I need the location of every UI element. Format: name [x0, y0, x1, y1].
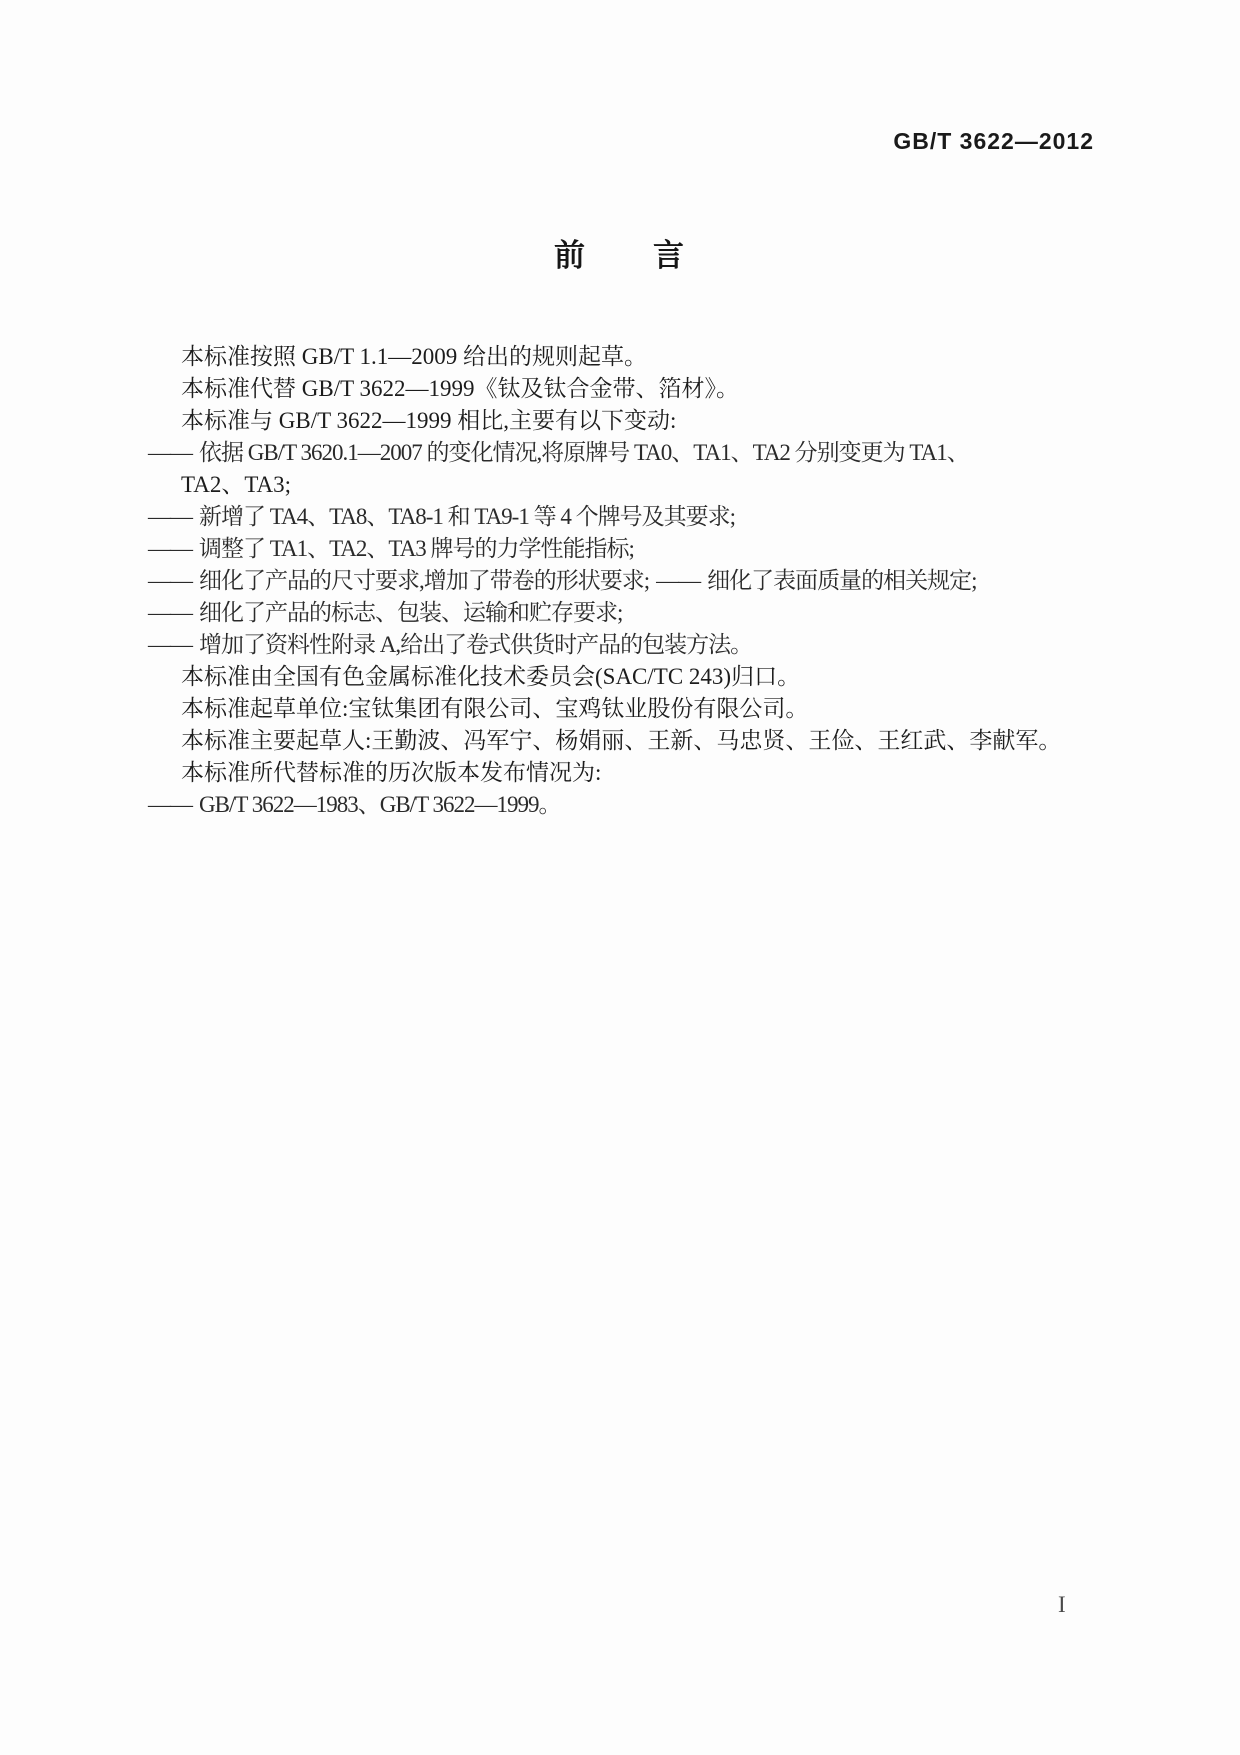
foreword-line-text: 增加了资料性附录 A,给出了卷式供货时产品的包装方法。: [199, 632, 752, 657]
foreword-line: 本标准按照 GB/T 1.1—2009 给出的规则起草。: [148, 341, 1098, 373]
foreword-line: ——依据 GB/T 3620.1—2007 的变化情况,将原牌号 TA0、TA1…: [148, 437, 969, 469]
foreword-line: 本标准起草单位:宝钛集团有限公司、宝鸡钛业股份有限公司。: [148, 693, 1098, 725]
foreword-line-text: 本标准起草单位:宝钛集团有限公司、宝鸡钛业股份有限公司。: [181, 693, 808, 725]
foreword-line: ——新增了 TA4、TA8、TA8-1 和 TA9-1 等 4 个牌号及其要求;: [148, 501, 735, 533]
foreword-line: 本标准与 GB/T 3622—1999 相比,主要有以下变动:: [148, 405, 1098, 437]
foreword-line: ——细化了产品的标志、包装、运输和贮存要求;: [148, 597, 622, 629]
foreword-line-text: 调整了 TA1、TA2、TA3 牌号的力学性能指标;: [199, 536, 634, 561]
foreword-line: TA2、TA3;: [148, 469, 1098, 501]
dash-bullet: ——: [148, 501, 192, 533]
foreword-line-text: 依据 GB/T 3620.1—2007 的变化情况,将原牌号 TA0、TA1、T…: [199, 440, 969, 465]
dash-bullet: ——: [148, 789, 192, 821]
page-number: I: [1058, 1592, 1066, 1618]
dash-bullet: ——: [148, 533, 192, 565]
dash-bullet: ——: [148, 629, 192, 661]
foreword-line-text: 本标准按照 GB/T 1.1—2009 给出的规则起草。: [181, 341, 647, 373]
document-page: GB/T 3622—2012 前 言 本标准按照 GB/T 1.1—2009 给…: [0, 0, 1240, 1755]
dash-bullet: ——: [148, 437, 192, 469]
foreword-line-text: 细化了产品的标志、包装、运输和贮存要求;: [199, 600, 622, 625]
document-title: 前 言: [0, 230, 1240, 275]
foreword-line-text: 细化了表面质量的相关规定;: [707, 568, 976, 593]
foreword-line: 本标准由全国有色金属标准化技术委员会(SAC/TC 243)归口。: [148, 661, 1098, 693]
standard-number: GB/T 3622—2012: [893, 128, 1094, 155]
foreword-line: ——调整了 TA1、TA2、TA3 牌号的力学性能指标;: [148, 533, 634, 565]
foreword-line: ——细化了产品的尺寸要求,增加了带卷的形状要求;: [148, 565, 649, 597]
foreword-line-text: 本标准所代替标准的历次版本发布情况为:: [181, 757, 601, 789]
foreword-line-text: GB/T 3622—1983、GB/T 3622—1999。: [199, 792, 560, 817]
foreword-line-text: 本标准由全国有色金属标准化技术委员会(SAC/TC 243)归口。: [181, 661, 800, 693]
foreword-line: ——增加了资料性附录 A,给出了卷式供货时产品的包装方法。: [148, 629, 752, 661]
foreword-content: 本标准按照 GB/T 1.1—2009 给出的规则起草。本标准代替 GB/T 3…: [148, 341, 1098, 821]
foreword-line: 本标准所代替标准的历次版本发布情况为:: [148, 757, 1098, 789]
foreword-line-text: 本标准主要起草人:王勤波、冯军宁、杨娟丽、王新、马忠贤、王俭、王红武、李献军。: [181, 725, 1061, 757]
foreword-line: ——细化了表面质量的相关规定;: [656, 565, 976, 597]
dash-bullet: ——: [148, 597, 192, 629]
foreword-line-text: 本标准代替 GB/T 3622—1999《钛及钛合金带、箔材》。: [181, 373, 739, 405]
foreword-line-text: 细化了产品的尺寸要求,增加了带卷的形状要求;: [199, 568, 649, 593]
foreword-line-text: 新增了 TA4、TA8、TA8-1 和 TA9-1 等 4 个牌号及其要求;: [199, 504, 735, 529]
dash-bullet: ——: [148, 565, 192, 597]
foreword-line: 本标准代替 GB/T 3622—1999《钛及钛合金带、箔材》。: [148, 373, 1098, 405]
foreword-line: 本标准主要起草人:王勤波、冯军宁、杨娟丽、王新、马忠贤、王俭、王红武、李献军。: [148, 725, 1098, 757]
foreword-line: ——GB/T 3622—1983、GB/T 3622—1999。: [148, 789, 560, 821]
foreword-line-text: TA2、TA3;: [181, 469, 291, 501]
foreword-line-text: 本标准与 GB/T 3622—1999 相比,主要有以下变动:: [181, 405, 676, 437]
dash-bullet: ——: [656, 565, 700, 597]
